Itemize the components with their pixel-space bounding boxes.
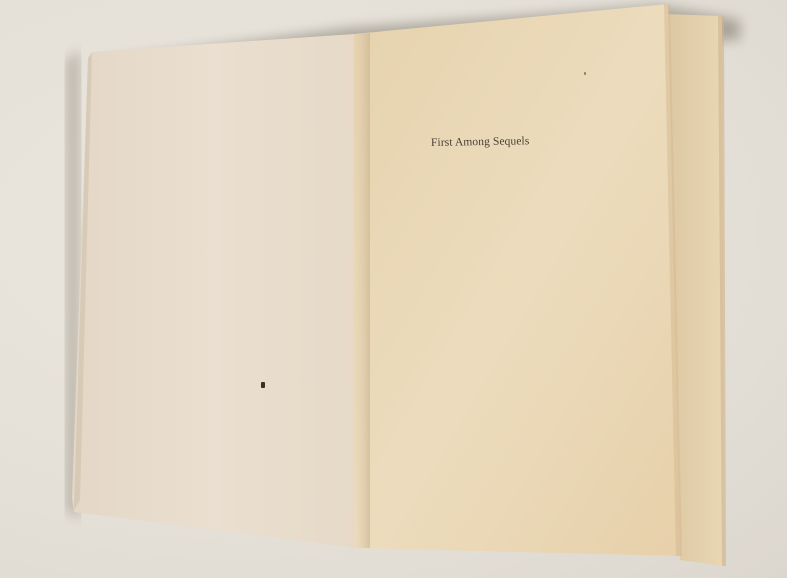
book-title: First Among Sequels — [431, 135, 530, 149]
page-speck — [261, 382, 265, 388]
page-mark — [584, 72, 586, 75]
photo-scene: First Among Sequels — [0, 0, 787, 578]
open-book — [0, 0, 787, 578]
